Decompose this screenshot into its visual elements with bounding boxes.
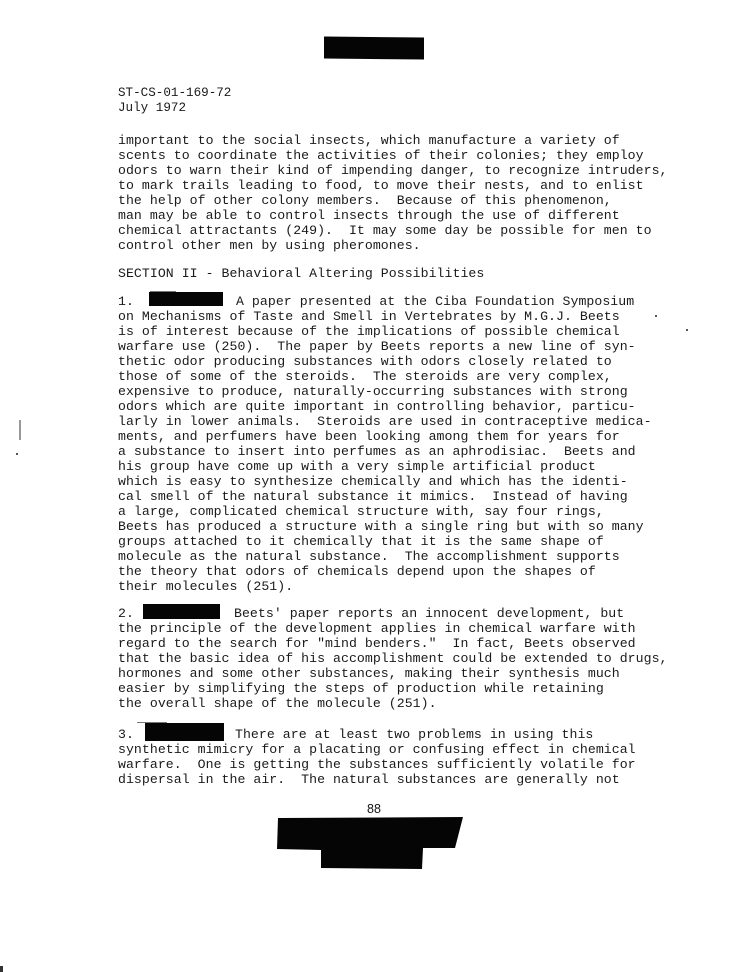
section-heading: SECTION II - Behavioral Altering Possibi… (118, 266, 484, 281)
page-number: 88 (367, 802, 381, 816)
text-line: odors to warn their kind of impending da… (118, 163, 668, 178)
text-line: warfare. One is getting the substances s… (118, 757, 636, 772)
text-line: to mark trails leading to food, to move … (118, 178, 644, 193)
text-line: regard to the search for "mind benders."… (118, 636, 636, 651)
text-line: groups attached to it chemically that it… (118, 534, 604, 549)
item-number: 3. (118, 727, 134, 742)
text-line: that the basic idea of his accomplishmen… (118, 651, 668, 666)
text-line: hormones and some other substances, maki… (118, 666, 620, 681)
item-number: 1. (118, 294, 134, 309)
reference-number: ST-CS-01-169-72 (118, 86, 231, 100)
document-page: ST-CS-01-169-72 July 1972 important to t… (0, 0, 750, 972)
text-line: cal smell of the natural substance it mi… (118, 489, 628, 504)
text-line: dispersal in the air. The natural substa… (118, 772, 620, 787)
item-first-line: A paper presented at the Ciba Foundation… (236, 294, 634, 309)
text-line: expensive to produce, naturally-occurrin… (118, 384, 628, 399)
text-line: odors which are quite important in contr… (118, 399, 636, 414)
text-line: is of interest because of the implicatio… (118, 324, 620, 339)
redaction-bottom-classification (275, 815, 470, 871)
text-line: control other men by using pheromones. (118, 238, 421, 253)
text-line: ments, and perfumers have been looking a… (118, 429, 620, 444)
scan-artifact (16, 453, 18, 455)
text-line: the overall shape of the molecule (251). (118, 696, 437, 711)
scan-artifact (0, 966, 3, 972)
text-line: his group have come up with a very simpl… (118, 459, 596, 474)
text-line: scents to coordinate the activities of t… (118, 148, 644, 163)
text-line: their molecules (251). (118, 579, 293, 594)
text-line: thetic odor producing substances with od… (118, 354, 612, 369)
text-line: which is easy to synthesize chemically a… (118, 474, 628, 489)
text-line: a large, complicated chemical structure … (118, 504, 604, 519)
item-number: 2. (118, 606, 134, 621)
text-line: a substance to insert into perfumes as a… (118, 444, 636, 459)
text-line: easier by simplifying the steps of produ… (118, 681, 604, 696)
redaction-block (143, 604, 220, 619)
text-line: synthetic mimicry for a placating or con… (118, 742, 636, 757)
item-first-line: Beets' paper reports an innocent develop… (234, 606, 624, 621)
text-line: Beets has produced a structure with a si… (118, 519, 644, 534)
scan-artifact (19, 420, 21, 440)
text-line: on Mechanisms of Taste and Smell in Vert… (118, 309, 620, 324)
item-first-line: There are at least two problems in using… (235, 727, 593, 742)
redaction-top-classification (324, 36, 424, 59)
document-date: July 1972 (118, 101, 186, 115)
text-line: the principle of the development applies… (118, 621, 636, 636)
text-line: molecule as the natural substance. The a… (118, 549, 620, 564)
text-line: chemical attractants (249). It may some … (118, 223, 652, 238)
scan-artifact (655, 315, 657, 317)
scan-artifact (686, 329, 688, 331)
text-line: important to the social insects, which m… (118, 133, 620, 148)
text-line: larly in lower animals. Steroids are use… (118, 414, 652, 429)
redaction-block (145, 723, 224, 741)
text-line: the help of other colony members. Becaus… (118, 193, 612, 208)
text-line: warfare use (250). The paper by Beets re… (118, 339, 636, 354)
text-line: those of some of the steroids. The stero… (118, 369, 612, 384)
redaction-block (149, 292, 223, 306)
text-line: the theory that odors of chemicals depen… (118, 564, 596, 579)
text-line: man may be able to control insects throu… (118, 208, 620, 223)
